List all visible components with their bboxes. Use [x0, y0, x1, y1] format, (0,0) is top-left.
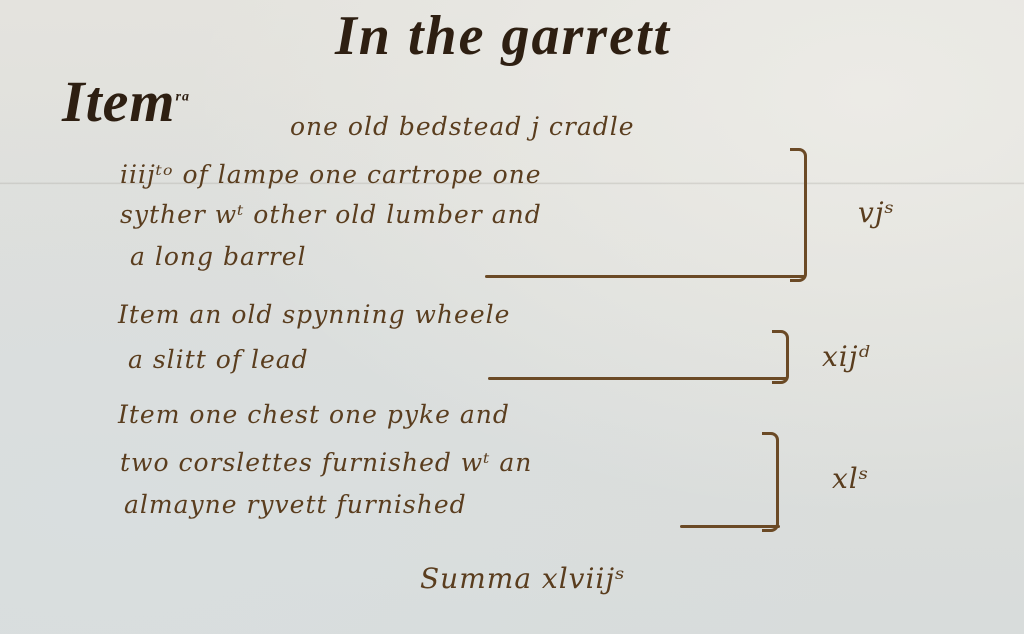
summa-total: Summa xlviijˢ	[420, 562, 626, 595]
item-initial: Itemra	[62, 68, 190, 135]
item-initial-text: Item	[62, 69, 176, 134]
entry-line: two corslettes furnished wᵗ an	[120, 448, 532, 477]
entry-line: syther wᵗ other old lumber and	[120, 200, 542, 229]
entry-line: a long barrel	[130, 242, 307, 271]
entry-line: a slitt of lead	[128, 345, 309, 374]
entry-line: one old bedstead j cradle	[290, 112, 635, 141]
entry-brace	[762, 432, 779, 532]
entry-line: almayne ryvett furnished	[124, 490, 467, 519]
entry-brace	[790, 148, 807, 282]
item-initial-abbrev: ra	[176, 90, 190, 105]
entry-fill-line	[488, 377, 788, 380]
entry-value: xlˢ	[832, 462, 869, 495]
entry-line: Item one chest one pyke and	[118, 400, 510, 429]
entry-line: iiijᵗᵒ of lampe one cartrope one	[120, 160, 542, 189]
entry-brace	[772, 330, 789, 384]
entry-value: vjˢ	[858, 196, 895, 229]
entry-value: xijᵈ	[822, 340, 871, 373]
entry-fill-line	[485, 275, 805, 278]
entry-line: Item an old spynning wheele	[118, 300, 510, 329]
page-heading: In the garrett	[335, 4, 671, 68]
